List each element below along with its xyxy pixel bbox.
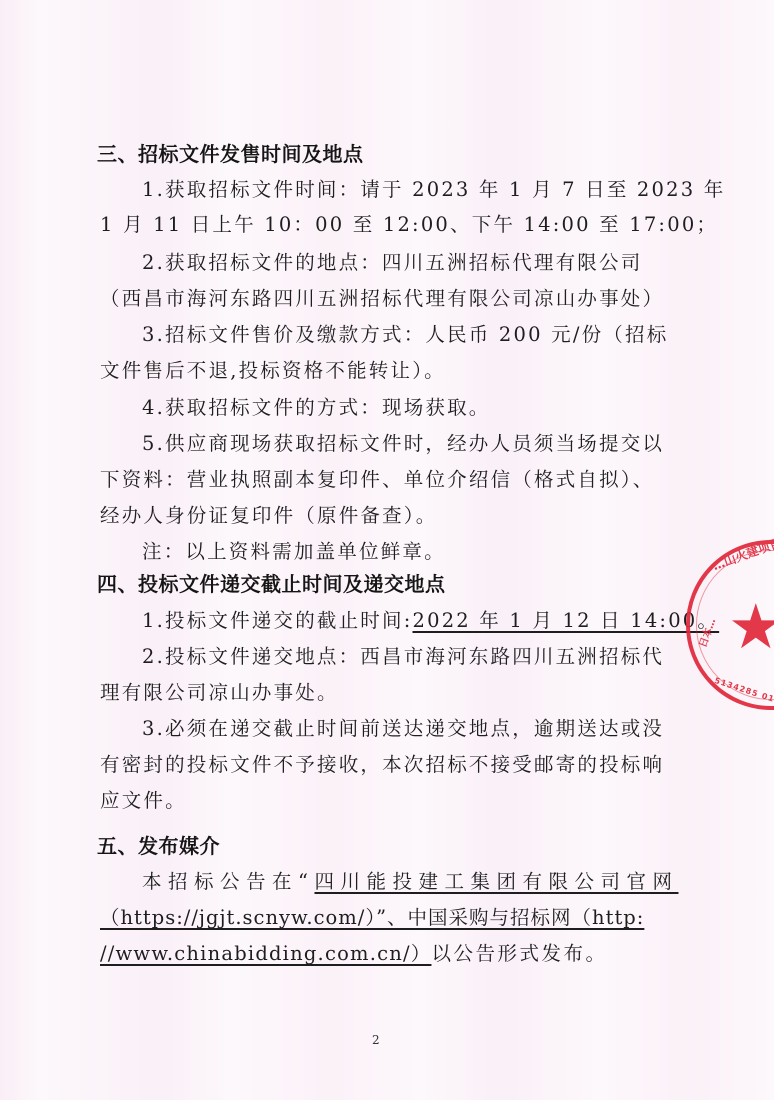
link-scnyw-and-chinabidding[interactable]: （https://jgjt.scnyw.com/）”、中国采购与招标网（http…: [100, 906, 644, 929]
page-number: 2: [372, 1033, 380, 1047]
section-3-line-5: 3.招标文件售价及缴款方式：人民币 200 元/份（招标: [142, 321, 668, 349]
section-4-item-1: 1.投标文件递交的截止时间:2022 年 1 月 12 日 14:00。: [142, 607, 719, 635]
section-5-line-2: （https://jgjt.scnyw.com/）”、中国采购与招标网（http…: [100, 904, 644, 932]
section-3-line-10: 经办人身份证复印件（原件备查）。: [100, 502, 437, 530]
section-4-line-6: 应文件。: [100, 787, 187, 815]
section-4-line-4: 3.必须在递交截止时间前送达递交地点，逾期送达或没: [142, 715, 664, 743]
link-chinabidding[interactable]: //www.chinabidding.com.cn/）: [100, 942, 431, 965]
section-3-line-2: 1 月 11 日上午 10：00 至 12:00、下午 14:00 至 17:0…: [100, 211, 718, 239]
section-5-heading: 五、发布媒介: [97, 832, 220, 860]
official-seal: …山火建项目管… 日本… ★ 5134285 01: [686, 540, 774, 710]
section-5-line-1: 本招标公告在“四川能投建工集团有限公司官网: [142, 868, 679, 896]
section-3-line-6: 文件售后不退,投标资格不能转让）。: [100, 357, 446, 385]
section-4-line-3: 理有限公司凉山办事处。: [100, 679, 339, 707]
deadline-value: 2022 年 1 月 12 日 14:00。: [412, 609, 719, 632]
section-3-line-1: 1.获取招标文件时间：请于 2023 年 1 月 7 日至 2023 年: [142, 176, 725, 204]
section-4-heading: 四、投标文件递交截止时间及递交地点: [97, 570, 446, 598]
link-scnyw-name[interactable]: 四川能投建工集团有限公司官网: [314, 870, 678, 893]
section-5-line-3: //www.chinabidding.com.cn/）以公告形式发布。: [100, 940, 607, 968]
section-4-line-5: 有密封的投标文件不予接收，本次招标不接受邮寄的投标响: [100, 751, 664, 779]
section-3-heading: 三、招标文件发售时间及地点: [97, 140, 364, 168]
section-3-note: 注：以上资料需加盖单位鲜章。: [142, 538, 446, 566]
publish-suffix: 以公告形式发布。: [431, 942, 607, 965]
section-3-line-4: （西昌市海河东路四川五洲招标代理有限公司凉山办事处）: [100, 285, 664, 313]
section-3-line-9: 下资料：营业执照副本复印件、单位介绍信（格式自拟）、: [100, 466, 654, 494]
star-icon: ★: [728, 596, 774, 658]
deadline-label: 1.投标文件递交的截止时间:: [142, 609, 412, 632]
section-3-line-7: 4.获取招标文件的方式：现场获取。: [142, 394, 491, 422]
section-3-line-3: 2.获取招标文件的地点：四川五洲招标代理有限公司: [142, 249, 642, 277]
document-page: 三、招标文件发售时间及地点 1.获取招标文件时间：请于 2023 年 1 月 7…: [0, 0, 774, 1100]
section-3-line-8: 5.供应商现场获取招标文件时，经办人员须当场提交以: [142, 430, 664, 458]
section-4-line-2: 2.投标文件递交地点：西昌市海河东路四川五洲招标代: [142, 643, 664, 671]
publish-intro: 本招标公告在“: [142, 870, 314, 893]
